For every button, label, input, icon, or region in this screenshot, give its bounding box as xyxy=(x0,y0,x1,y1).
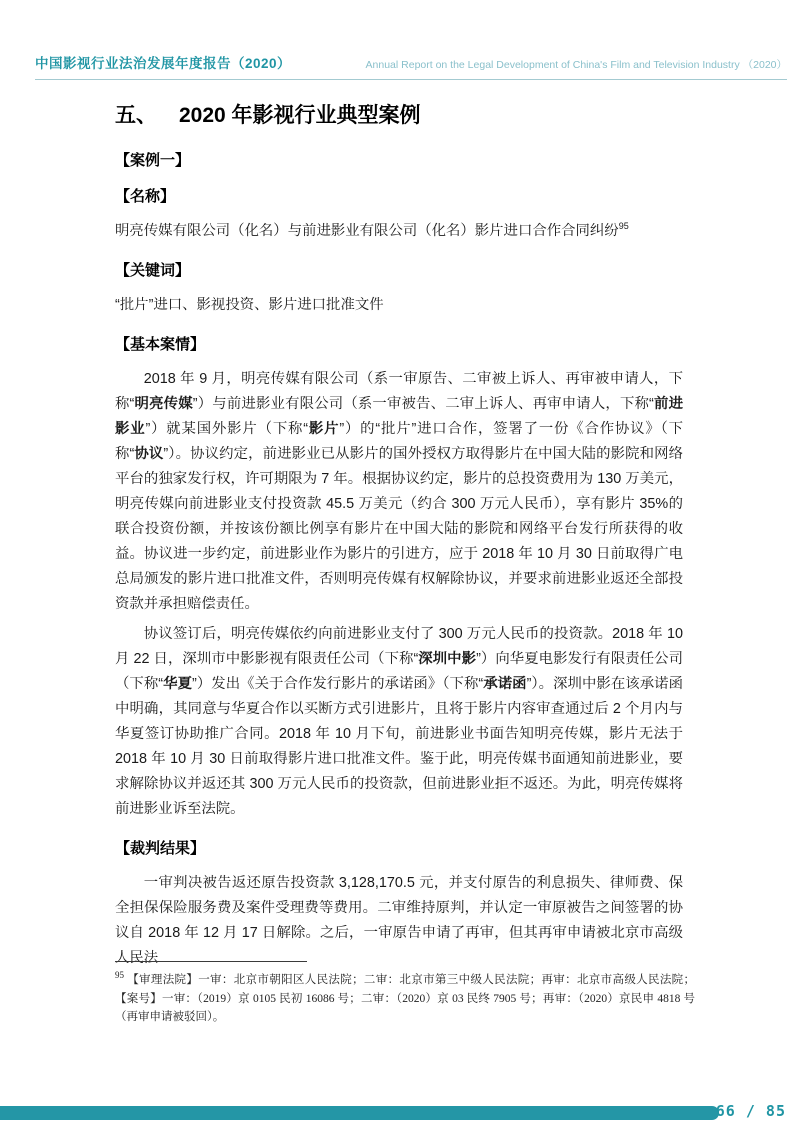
section-label-facts: 【基本案情】 xyxy=(115,333,683,354)
section-label-name: 【名称】 xyxy=(115,185,683,206)
page-title-text: 2020 年影视行业典型案例 xyxy=(179,104,421,127)
footer-accent-bar xyxy=(0,1106,719,1120)
footnote: 95 【审理法院】一审：北京市朝阳区人民法院；二审：北京市第三中级人民法院；再审… xyxy=(115,961,695,1027)
page-title: 五、2020 年影视行业典型案例 xyxy=(115,99,683,129)
page-number: 66 / 85 xyxy=(716,1102,786,1120)
document-page: 中国影视行业法治发展年度报告（2020） Annual Report on th… xyxy=(0,0,793,1122)
section-label-result: 【裁判结果】 xyxy=(115,837,683,858)
footnote-text: 95 【审理法院】一审：北京市朝阳区人民法院；二审：北京市第三中级人民法院；再审… xyxy=(115,971,695,1027)
page-title-number: 五、 xyxy=(115,104,157,127)
result-paragraph-1: 一审判决被告返还原告投资款 3,128,170.5 元，并支付原告的利息损失、律… xyxy=(115,871,683,971)
facts-paragraph-2: 协议签订后，明亮传媒依约向前进影业支付了 300 万元人民币的投资款。2018 … xyxy=(115,622,683,822)
header-title-zh: 中国影视行业法治发展年度报告（2020） xyxy=(35,52,291,72)
main-content: 五、2020 年影视行业典型案例 【案例一】 【名称】 明亮传媒有限公司（化名）… xyxy=(115,99,683,971)
section-label-case: 【案例一】 xyxy=(115,149,683,170)
header-title-en: Annual Report on the Legal Development o… xyxy=(366,57,787,72)
keywords-text: “批片”进口、影视投资、影片进口批准文件 xyxy=(115,293,683,318)
page-header: 中国影视行业法治发展年度报告（2020） Annual Report on th… xyxy=(35,52,787,80)
section-label-keywords: 【关键词】 xyxy=(115,259,683,280)
case-name-text: 明亮传媒有限公司（化名）与前进影业有限公司（化名）影片进口合作合同纠纷95 xyxy=(115,219,683,244)
footnote-separator-rule xyxy=(115,961,307,962)
facts-paragraph-1: 2018 年 9 月，明亮传媒有限公司（系一审原告、二审被上诉人、再审被申请人，… xyxy=(115,367,683,617)
